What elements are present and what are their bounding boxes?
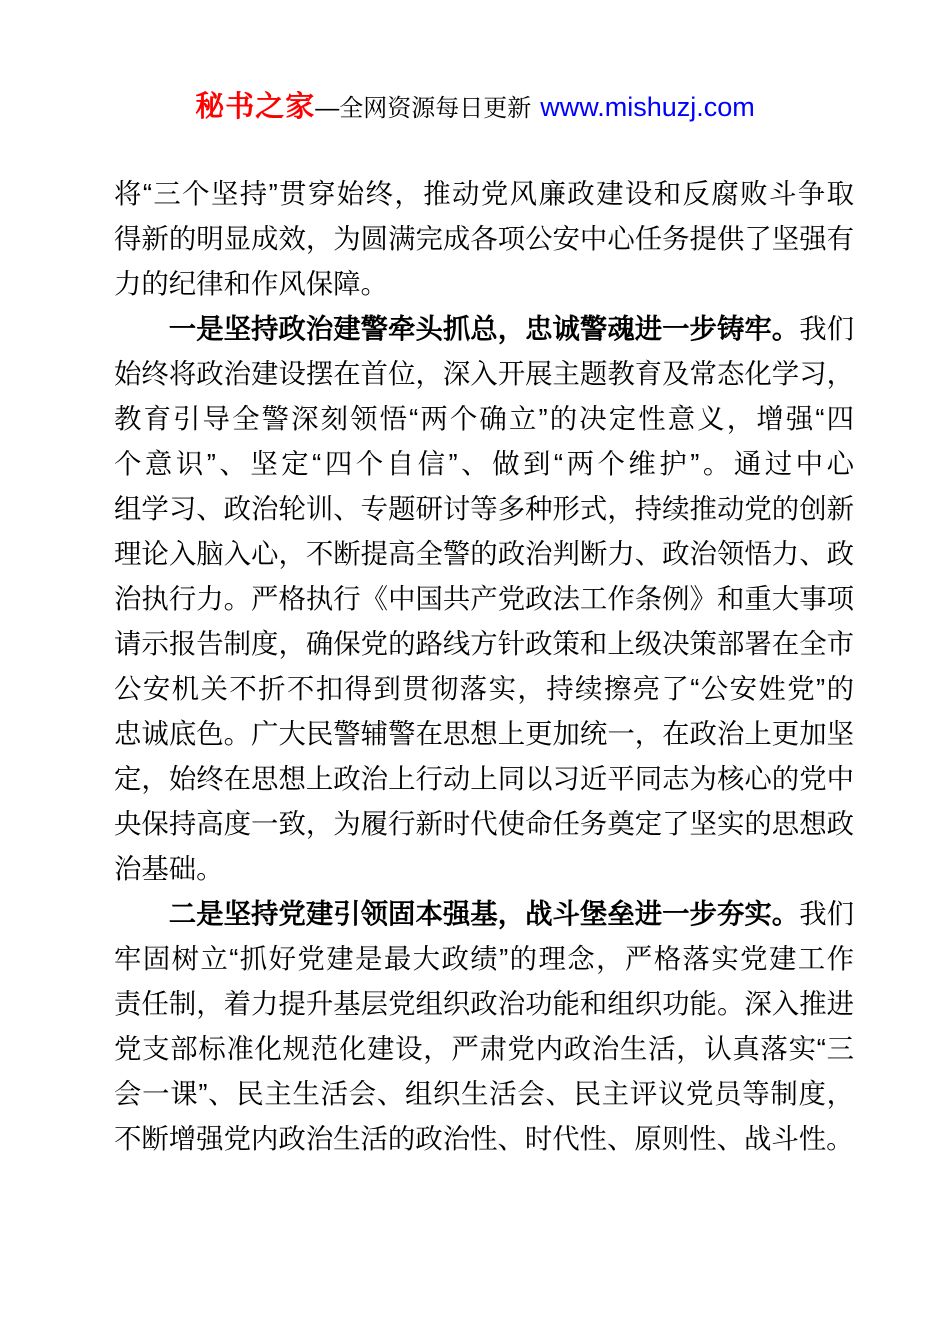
text-line: 党支部标准化规范化建设，严肃党内政治生活，认真落实“三	[114, 1026, 854, 1071]
text-segment: 我们	[799, 313, 854, 344]
text-line: 责任制，着力提升基层党组织政治功能和组织功能。深入推进	[114, 981, 854, 1026]
bold-lead-text: 一是坚持政治建警牵头抓总，忠诚警魂进一步铸牢。	[169, 313, 799, 344]
text-line: 个意识”、坚定“四个自信”、做到“两个维护”。通过中心	[114, 441, 854, 486]
text-line: 请示报告制度，确保党的路线方针政策和上级决策部署在全市	[114, 621, 854, 666]
text-line: 定，始终在思想上政治上行动上同以习近平同志为核心的党中	[114, 756, 854, 801]
text-line: 治执行力。严格执行《中国共产党政法工作条例》和重大事项	[114, 576, 854, 621]
text-line: 治基础。	[114, 846, 854, 891]
text-segment: 将“三个坚持”贯穿始终，推动党风廉政建设和反腐败斗争取	[114, 178, 854, 209]
text-line: 央保持高度一致，为履行新时代使命任务奠定了坚实的思想政	[114, 801, 854, 846]
bold-lead-text: 二是坚持党建引领固本强基，战斗堡垒进一步夯实。	[169, 898, 799, 929]
text-line: 公安机关不折不扣得到贯彻落实，持续擦亮了“公安姓党”的	[114, 666, 854, 711]
text-segment: 忠诚底色。广大民警辅警在思想上更加统一，在政治上更加坚	[114, 718, 854, 749]
text-segment: 理论入脑入心，不断提高全警的政治判断力、政治领悟力、政	[114, 538, 854, 569]
brand-name: 秘书之家	[195, 84, 315, 125]
text-segment: 牢固树立“抓好党建是最大政绩”的理念，严格落实党建工作	[114, 943, 854, 974]
text-line: 始终将政治建设摆在首位，深入开展主题教育及常态化学习，	[114, 351, 854, 396]
text-segment: 组学习、政治轮训、专题研讨等多种形式，持续推动党的创新	[114, 493, 854, 524]
text-segment: 治执行力。严格执行《中国共产党政法工作条例》和重大事项	[114, 583, 854, 614]
text-segment: 个意识”、坚定“四个自信”、做到“两个维护”。通过中心	[114, 448, 854, 479]
text-line: 将“三个坚持”贯穿始终，推动党风廉政建设和反腐败斗争取	[114, 171, 854, 216]
site-url-link[interactable]: www.mishuzj.com	[540, 92, 755, 123]
text-segment: 教育引导全警深刻领悟“两个确立”的决定性意义，增强“四	[114, 403, 854, 434]
text-line: 理论入脑入心，不断提高全警的政治判断力、政治领悟力、政	[114, 531, 854, 576]
text-line: 二是坚持党建引领固本强基，战斗堡垒进一步夯实。我们	[114, 891, 854, 936]
text-segment: 力的纪律和作风保障。	[114, 268, 388, 299]
text-segment: 得新的明显成效，为圆满完成各项公安中心任务提供了坚强有	[114, 223, 854, 254]
text-line: 组学习、政治轮训、专题研讨等多种形式，持续推动党的创新	[114, 486, 854, 531]
text-segment: 治基础。	[114, 853, 224, 884]
text-line: 得新的明显成效，为圆满完成各项公安中心任务提供了坚强有	[114, 216, 854, 261]
text-segment: 定，始终在思想上政治上行动上同以习近平同志为核心的党中	[114, 763, 854, 794]
document-body: 将“三个坚持”贯穿始终，推动党风廉政建设和反腐败斗争取得新的明显成效，为圆满完成…	[114, 171, 854, 1161]
text-line: 不断增强党内政治生活的政治性、时代性、原则性、战斗性。	[114, 1116, 854, 1161]
text-segment: 责任制，着力提升基层党组织政治功能和组织功能。深入推进	[114, 988, 854, 1019]
text-line: 教育引导全警深刻领悟“两个确立”的决定性意义，增强“四	[114, 396, 854, 441]
text-segment: 我们	[799, 898, 854, 929]
text-line: 一是坚持政治建警牵头抓总，忠诚警魂进一步铸牢。我们	[114, 306, 854, 351]
text-segment: 不断增强党内政治生活的政治性、时代性、原则性、战斗性。	[114, 1123, 854, 1154]
text-line: 牢固树立“抓好党建是最大政绩”的理念，严格落实党建工作	[114, 936, 854, 981]
text-segment: 会一课”、民主生活会、组织生活会、民主评议党员等制度，	[114, 1078, 854, 1109]
site-banner: 秘书之家 —全网资源每日更新 www.mishuzj.com	[0, 84, 950, 125]
text-line: 力的纪律和作风保障。	[114, 261, 854, 306]
text-line: 忠诚底色。广大民警辅警在思想上更加统一，在政治上更加坚	[114, 711, 854, 756]
banner-tagline: —全网资源每日更新	[315, 88, 531, 123]
text-segment: 党支部标准化规范化建设，严肃党内政治生活，认真落实“三	[114, 1033, 854, 1064]
text-line: 会一课”、民主生活会、组织生活会、民主评议党员等制度，	[114, 1071, 854, 1116]
text-segment: 始终将政治建设摆在首位，深入开展主题教育及常态化学习，	[114, 358, 854, 389]
document-page: 秘书之家 —全网资源每日更新 www.mishuzj.com 将“三个坚持”贯穿…	[0, 0, 950, 1344]
text-segment: 公安机关不折不扣得到贯彻落实，持续擦亮了“公安姓党”的	[114, 673, 854, 704]
text-segment: 央保持高度一致，为履行新时代使命任务奠定了坚实的思想政	[114, 808, 854, 839]
text-segment: 请示报告制度，确保党的路线方针政策和上级决策部署在全市	[114, 628, 854, 659]
